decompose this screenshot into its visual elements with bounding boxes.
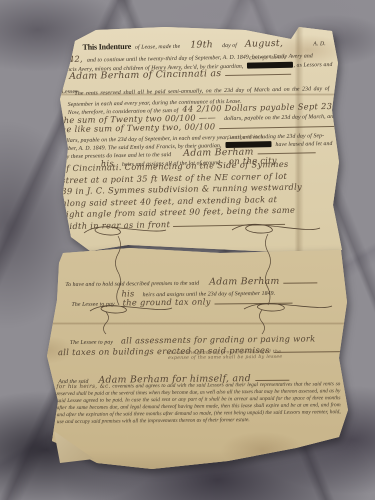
flourish-tail (262, 234, 274, 306)
bottom-text-block: To have and to hold said described premi… (0, 0, 375, 500)
flourish-tail (100, 312, 112, 334)
ink-flourish-icon (80, 223, 170, 239)
blank-rule (274, 344, 344, 353)
interlined-note: should the grade of ground be changed th… (168, 350, 282, 361)
flourish-tail (256, 310, 268, 334)
paper-bottom-sheet: To have and to hold said described premi… (0, 0, 375, 500)
interlined-text: expense of the same shall be paid by les… (168, 355, 282, 361)
blank-rule (284, 275, 318, 283)
handwritten-prefix: for his heirs, &c. (56, 384, 110, 391)
blank-rule (255, 373, 289, 381)
photo-of-indenture-document: This Indenture of Lease, made the 19th d… (0, 0, 375, 500)
ink-flourish-icon (240, 300, 335, 314)
flourish-tail (112, 236, 124, 306)
fine-print-paragraph: for his heirs, &c. covenants and agrees … (56, 381, 340, 426)
ink-flourish-icon (228, 221, 323, 237)
paper-bottom-wrap: To have and to hold said described premi… (0, 0, 375, 500)
